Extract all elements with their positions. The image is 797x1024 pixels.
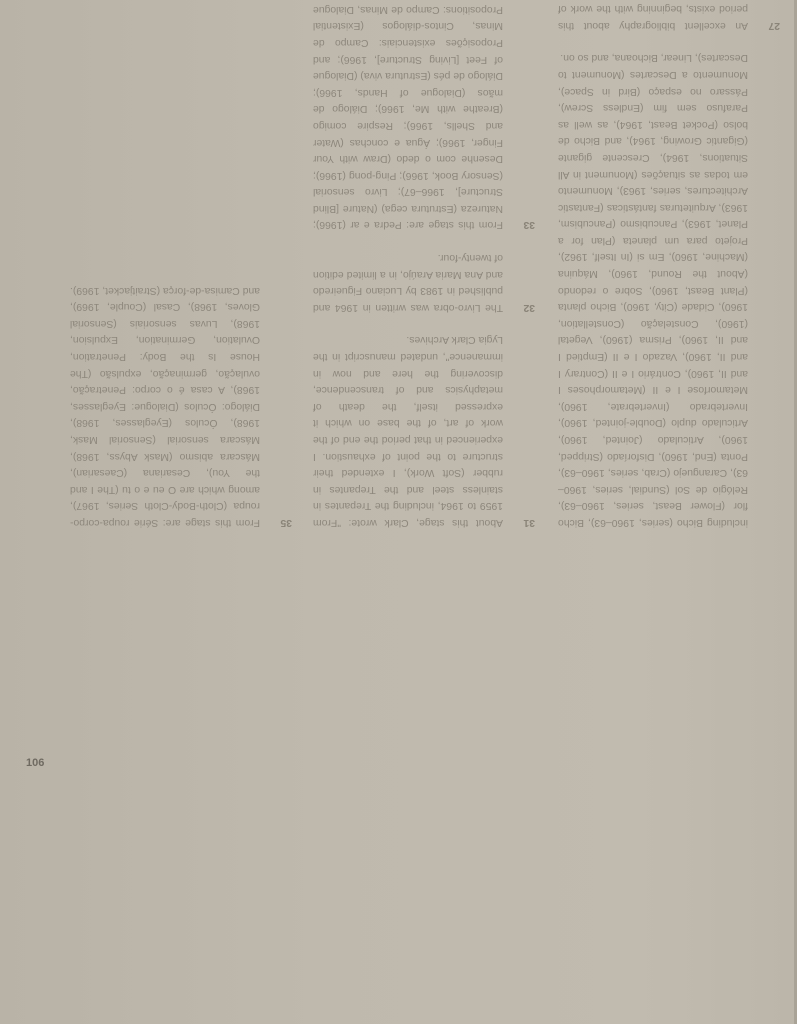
endnote-text: From this stage are: Série roupa-corpo-r… bbox=[70, 285, 260, 528]
endnote-26-continued: including Bicho (series, 1960–63), Bicho… bbox=[558, 49, 780, 530]
scanned-page: including Bicho (series, 1960–63), Bicho… bbox=[0, 0, 797, 1024]
endnote-text: About this stage, Clark wrote: "From 195… bbox=[313, 334, 503, 528]
notes-column-2: 31 About this stage, Clark wrote: "From … bbox=[313, 0, 535, 530]
endnote-text: From this stage are: Pedra e ar (1966); … bbox=[313, 0, 503, 231]
endnote-number: 31 bbox=[523, 513, 535, 530]
endnote-35: 35 From this stage are: Série roupa-corp… bbox=[70, 281, 292, 530]
endnote-text: The Livro-obra was written in 1964 and p… bbox=[313, 252, 503, 313]
rotated-sheet: including Bicho (series, 1960–63), Bicho… bbox=[0, 0, 797, 1024]
notes-column-1: including Bicho (series, 1960–63), Bicho… bbox=[558, 0, 780, 530]
endnote-text: including Bicho (series, 1960–63), Bicho… bbox=[558, 52, 748, 528]
notes-column-3: 35 From this stage are: Série roupa-corp… bbox=[70, 265, 292, 530]
endnote-32: 32 The Livro-obra was written in 1964 an… bbox=[313, 249, 535, 315]
endnote-27: 27 An excellent bibliography about this … bbox=[558, 0, 780, 33]
page-number: 106 bbox=[26, 757, 44, 769]
endnote-number: 33 bbox=[523, 216, 535, 233]
endnote-number: 27 bbox=[768, 16, 780, 33]
endnote-number: 32 bbox=[523, 298, 535, 315]
endnote-33: 33 From this stage are: Pedra e ar (1966… bbox=[313, 0, 535, 233]
endnote-31: 31 About this stage, Clark wrote: "From … bbox=[313, 331, 535, 530]
endnote-number: 35 bbox=[280, 513, 292, 530]
endnote-text: An excellent bibliography about this per… bbox=[558, 0, 748, 31]
